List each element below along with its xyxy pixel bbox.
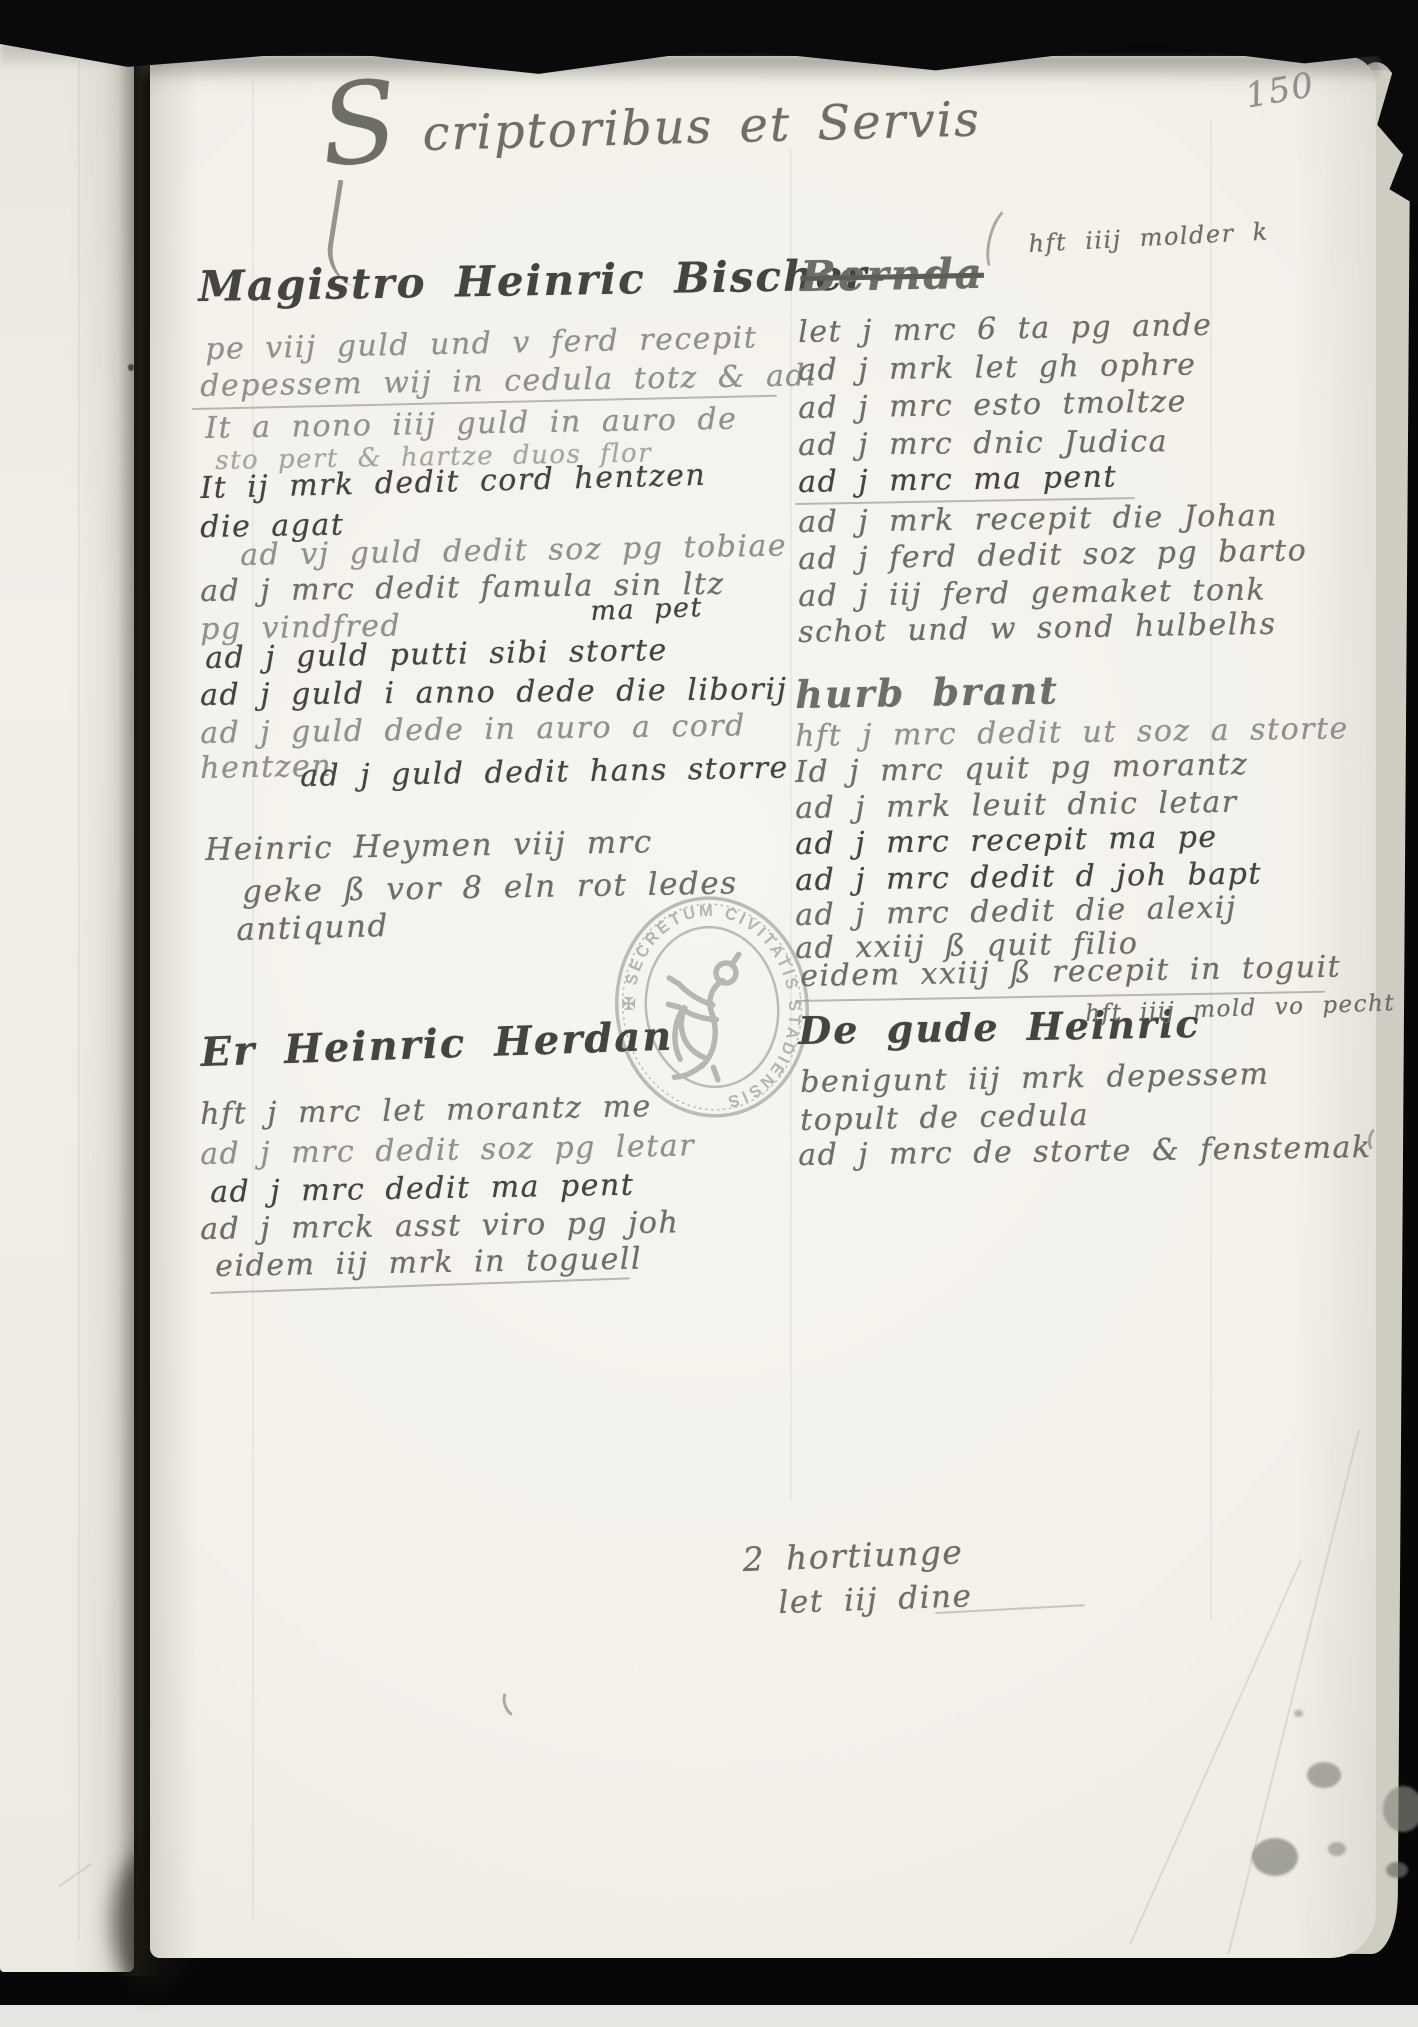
entry-line: ad j ferd dedit soz pg barto [798,536,1307,575]
facing-page-edge [0,36,134,1972]
ink-stain [1383,1786,1418,1832]
entry-line: eidem iij mrk in toguell [215,1245,642,1282]
ink-dot [128,364,134,371]
ink-stain [1252,1838,1298,1876]
entry-line: ad j guld putti sibi storte [205,636,668,674]
entry-line: Heinric Heymen viij mrc [205,827,653,866]
fold-line [790,150,792,1500]
entry-line: ad j mrk let gh ophre [798,350,1197,386]
entry-line: ad j mrc dedit soz pg letar [200,1131,695,1170]
entry-line: ad j mrk recepit die Johan [798,501,1278,538]
entry-line: ad j mrc dedit die alexij [795,893,1237,931]
entry-line: ad j mrc de storte & fenstemak [798,1133,1372,1171]
entry-line: benigunt iij mrk depessem [800,1060,1270,1098]
section-heading-brant: hurb brant [795,671,1059,714]
page-title: criptoribus et Servis [422,95,981,158]
entry-line: ma pet [590,594,703,625]
section-heading-bernda: Bernda [800,253,984,298]
entry-line: ad j mrck asst viro pg joh [200,1208,680,1245]
entry-line: geke ß vor 8 eln rot ledes [242,868,738,908]
entry-line: ad j mrk leuit dnic letar [795,788,1238,824]
section-heading-magistro: Magistro Heinric Bischer- [198,254,888,308]
entry-line: ad j mrc recepit ma pe [795,823,1218,860]
title-initial: S [316,65,404,183]
entry-line: hft j mrc let morantz me [200,1092,652,1130]
rampant-lion-icon [660,954,753,1085]
entry-line: ad j mrc ma pent [798,462,1117,498]
entry-line: ad j mrc dedit ma pent [210,1171,635,1208]
entry-line: ad j mrc dnic Judica [798,427,1168,461]
table-surface [0,2005,1418,2027]
entry-line: It a nono iiij guld in auro de [205,405,738,444]
ink-stain [1386,1862,1408,1878]
entry-line: ad j mrc esto tmoltze [798,387,1187,424]
bottom-note-line: 2 hortiunge [742,1535,964,1576]
entry-line: let j mrc 6 ta pg ande [798,311,1213,348]
entry-line: ad j guld dede in auro a cord [200,711,746,749]
ink-stain [1328,1842,1346,1856]
ink-stain [1294,1710,1303,1717]
ink-stain [1307,1762,1341,1788]
entry-line: Id j mrc quit pg morantz [795,750,1249,788]
fold-line [78,60,80,1940]
entry-line: schot und w sond hulbelhs [798,610,1277,648]
entry-line: antiqund [236,911,389,946]
entry-line: hft j mrc dedit ut soz a storte [795,714,1349,752]
entry-line: ad j guld dedit hans storre [300,753,789,792]
manuscript-photo: ✠ SECRETUM CIVITATIS STADIENSIS 150 S cr… [0,0,1418,2027]
entry-line: ad j guld i anno dede die liborij [200,675,788,711]
entry-line: topult de cedula [800,1101,1089,1136]
entry-line: ad j iij ferd gemaket tonk [798,575,1266,612]
